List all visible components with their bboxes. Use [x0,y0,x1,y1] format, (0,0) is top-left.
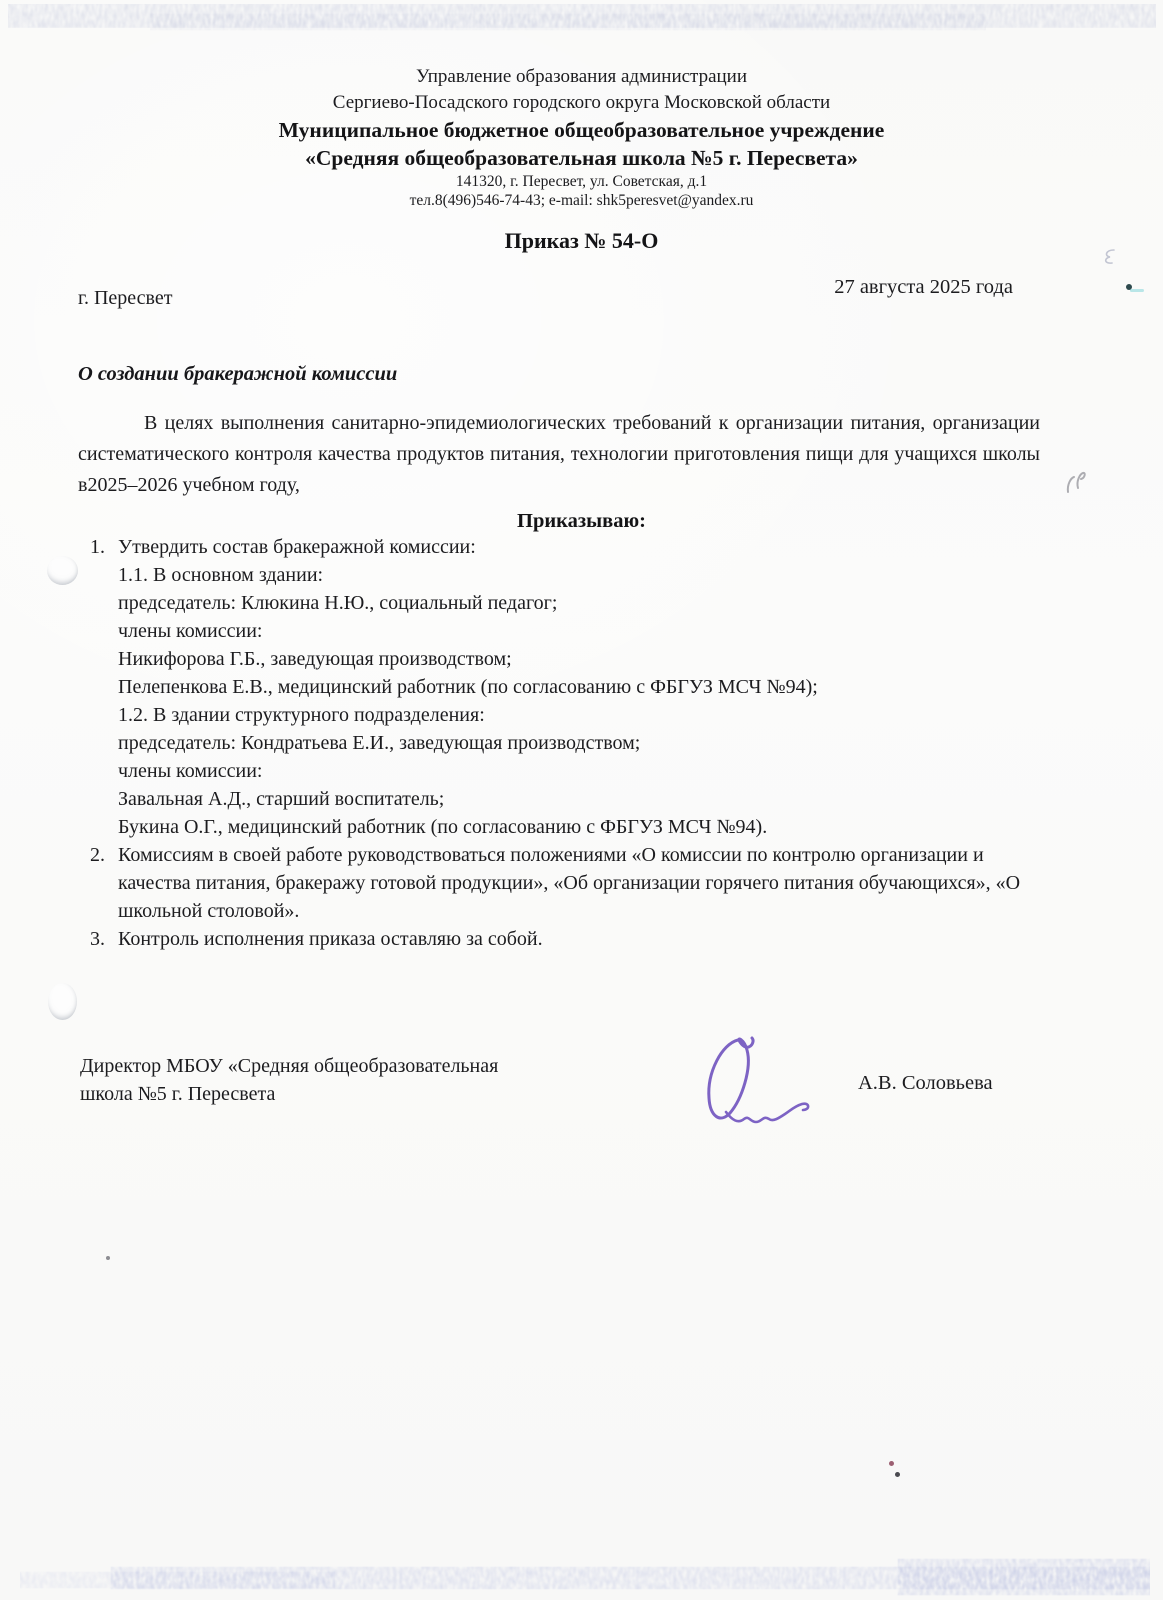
red-speck [889,1461,894,1466]
order-item-1-subline: Пелепенкова Е.В., медицинский работник (… [118,673,1030,701]
order-item-1-subline: 1.1. В основном здании: [118,561,1030,589]
letterhead-line-district: Сергиево-Посадского городского округа Мо… [0,90,1163,116]
order-item-2: 2.Комиссиям в своей работе руководствова… [90,841,1028,925]
director-signature [692,1028,827,1133]
order-resolution: Приказываю: [0,510,1163,533]
letterhead-line-authority: Управление образования администрации [0,64,1163,90]
item-text: Комиссиям в своей работе руководствовать… [118,844,1020,922]
scanned-order-document: Управление образования администрации Сер… [0,0,1163,1600]
scan-noise-band-top [8,4,1156,34]
order-item-1-subline: Букина О.Г., медицинский работник (по со… [118,813,1030,841]
letterhead-line-school: «Средняя общеобразовательная школа №5 г.… [0,144,1163,172]
order-item-1-subline: председатель: Кондратьева Е.И., заведующ… [118,729,1030,757]
order-item-1-subline: члены комиссии: [118,757,1030,785]
order-item-1-subline: председатель: Клюкина Н.Ю., социальный п… [118,589,1030,617]
item-number: 2. [90,841,118,869]
order-place: г. Пересвет [78,287,172,310]
letterhead: Управление образования администрации Сер… [0,64,1163,210]
signatory-position: Директор МБОУ «Средняя общеобразовательн… [80,1052,498,1108]
order-item-1: 1.Утвердить состав бракеражной комиссии: [90,533,1030,561]
order-item-3: 3.Контроль исполнения приказа оставляю з… [90,925,1028,953]
gray-speck [106,1256,110,1260]
punch-hole-shadow-top [47,556,78,585]
order-date: 27 августа 2025 года [834,276,1013,299]
item-number: 1. [90,533,118,561]
signatory-position-line1: Директор МБОУ «Средняя общеобразовательн… [80,1052,498,1080]
item-number: 3. [90,925,118,953]
order-item-1-subline: члены комиссии: [118,617,1030,645]
cyan-smear [1130,289,1144,292]
order-subject: О создании бракеражной комиссии [78,363,397,386]
order-items: 1.Утвердить состав бракеражной комиссии:… [90,533,1030,953]
order-item-1-subline: 1.2. В здании структурного подразделения… [118,701,1030,729]
signatory-position-line2: школа №5 г. Пересвета [80,1080,498,1108]
order-item-1-subline: Завальная А.Д., старший воспитатель; [118,785,1030,813]
order-title: Приказ № 54-О [0,228,1163,254]
signatory-name: А.В. Соловьева [858,1072,993,1095]
order-item-1-subline: Никифорова Г.Б., заведующая производство… [118,645,1030,673]
dark-speck [895,1472,900,1477]
order-preamble: В целях выполнения санитарно-эпидемиолог… [78,408,1040,501]
letterhead-address: 141320, г. Пересвет, ул. Советская, д.1 [0,172,1163,191]
scan-noise-band-bottom [20,1556,1150,1598]
pencil-mark [1062,462,1094,496]
item-text: Утвердить состав бракеражной комиссии: [118,536,476,558]
letterhead-contacts: тел.8(496)546-74-43; e-mail: shk5peresve… [0,191,1163,210]
letterhead-line-institution: Муниципальное бюджетное общеобразователь… [0,116,1163,144]
punch-hole-shadow-bottom [48,983,77,1020]
item-text: Контроль исполнения приказа оставляю за … [118,928,543,950]
